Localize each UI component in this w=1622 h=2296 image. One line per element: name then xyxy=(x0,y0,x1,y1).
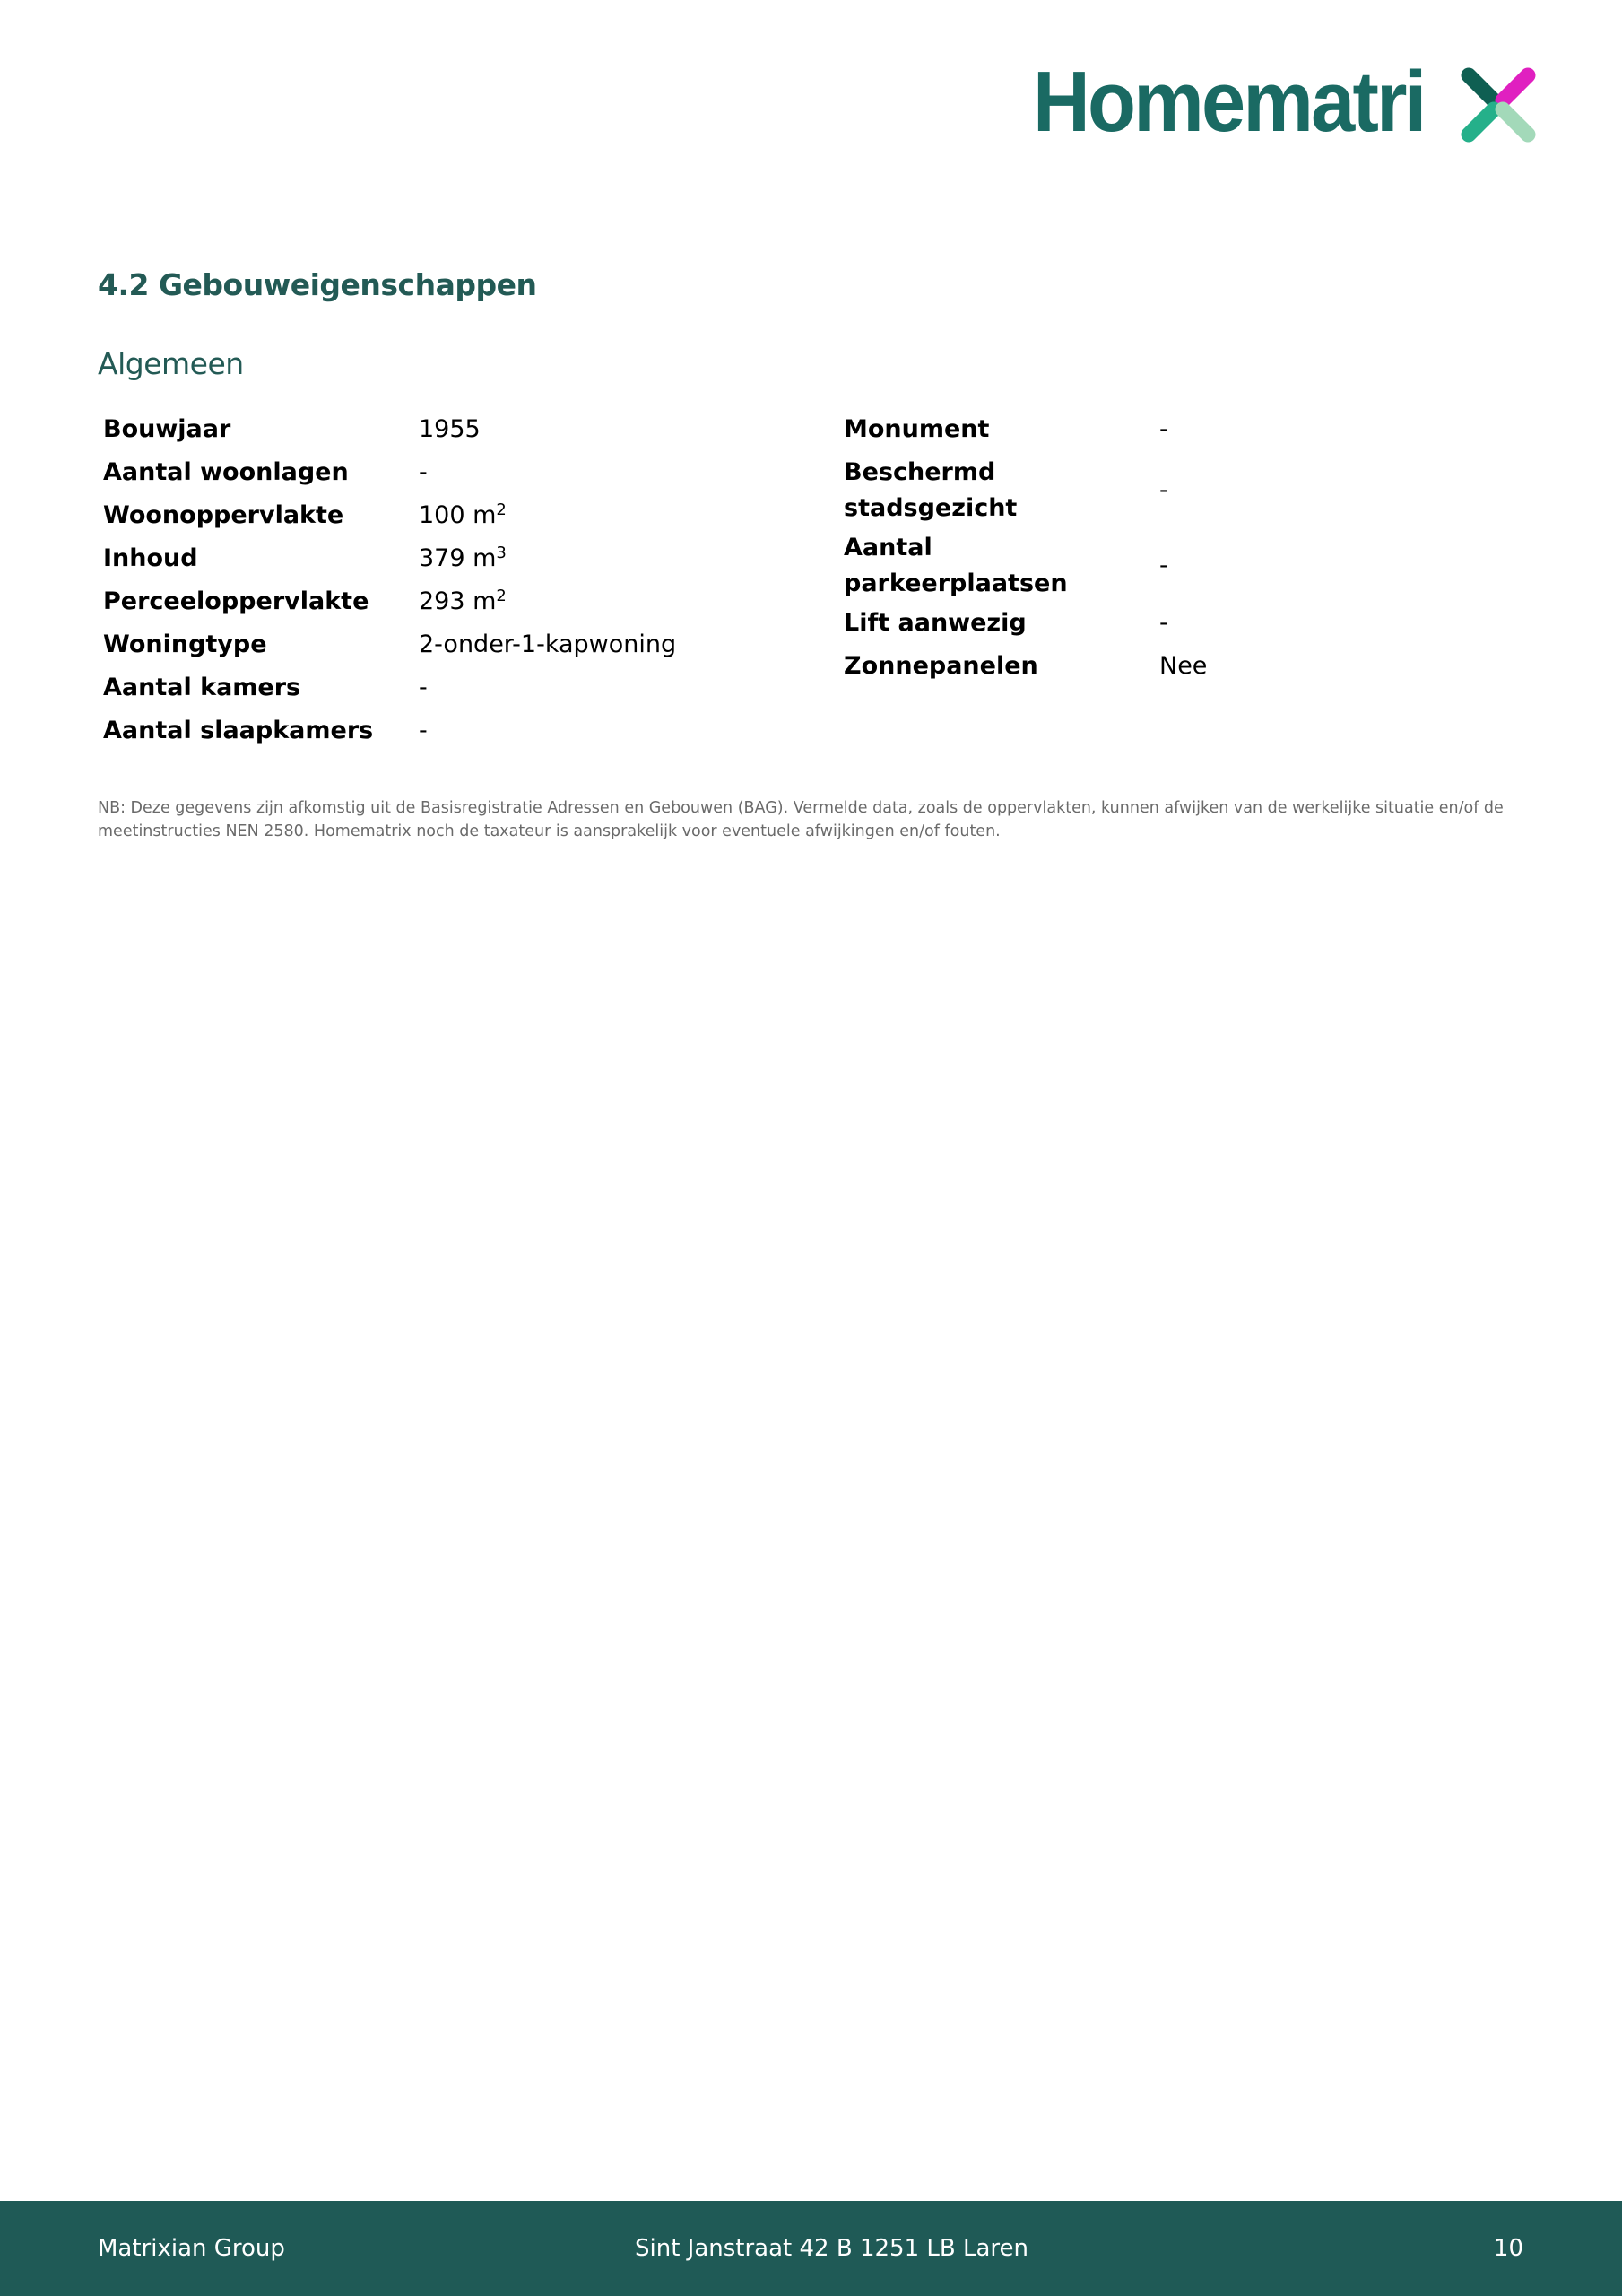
property-label: Aantal slaapkamers xyxy=(98,709,413,752)
x-logo-icon xyxy=(1458,65,1539,145)
property-label: Lift aanwezig xyxy=(838,602,1154,645)
unit-exponent: 3 xyxy=(496,544,506,562)
property-value: 379 m3 xyxy=(413,537,801,580)
table-row: Inhoud 379 m3 xyxy=(98,537,801,580)
disclaimer-note: NB: Deze gegevens zijn afkomstig uit de … xyxy=(98,796,1532,843)
property-label: Zonnepanelen xyxy=(838,645,1154,688)
page-footer: Matrixian Group Sint Janstraat 42 B 1251… xyxy=(0,2201,1622,2296)
property-label: Perceeloppervlakte xyxy=(98,580,413,623)
table-row: Lift aanwezig - xyxy=(838,602,1434,645)
property-value: 293 m2 xyxy=(413,580,801,623)
value-text: 293 m xyxy=(419,587,496,615)
table-row: Woningtype 2-onder-1-kapwoning xyxy=(98,623,801,666)
table-row: Aantal slaapkamers - xyxy=(98,709,801,752)
table-row: Aantal kamers - xyxy=(98,666,801,709)
property-value: - xyxy=(1154,408,1434,451)
table-row: Aantal woonlagen - xyxy=(98,451,801,494)
building-properties-right: Monument - Beschermd stadsgezicht - Aant… xyxy=(838,408,1434,688)
property-value: - xyxy=(1154,451,1434,530)
value-text: 379 m xyxy=(419,544,496,572)
property-label: Woningtype xyxy=(98,623,413,666)
property-value: - xyxy=(413,451,801,494)
unit-exponent: 2 xyxy=(496,587,506,605)
property-label: Monument xyxy=(838,408,1154,451)
property-value: - xyxy=(413,709,801,752)
property-value: - xyxy=(413,666,801,709)
property-value: Nee xyxy=(1154,645,1434,688)
value-text: 100 m xyxy=(419,501,496,529)
property-label: Aantal woonlagen xyxy=(98,451,413,494)
homematrix-logo: Homematri xyxy=(1033,59,1458,153)
property-label: Inhoud xyxy=(98,537,413,580)
section-title: 4.2 Gebouweigenschappen xyxy=(98,267,536,302)
subsection-title: Algemeen xyxy=(98,346,244,381)
table-row: Woonoppervlakte 100 m2 xyxy=(98,494,801,537)
table-row: Aantal parkeerplaatsen - xyxy=(838,530,1434,602)
page-number: 10 xyxy=(1494,2235,1523,2262)
property-label: Beschermd stadsgezicht xyxy=(838,451,1154,530)
footer-company: Matrixian Group xyxy=(98,2235,285,2262)
table-row: Bouwjaar 1955 xyxy=(98,408,801,451)
property-value: 2-onder-1-kapwoning xyxy=(413,623,801,666)
unit-exponent: 2 xyxy=(496,500,506,519)
table-row: Beschermd stadsgezicht - xyxy=(838,451,1434,530)
footer-address: Sint Janstraat 42 B 1251 LB Laren xyxy=(635,2235,1028,2262)
table-row: Monument - xyxy=(838,408,1434,451)
building-properties-left: Bouwjaar 1955 Aantal woonlagen - Woonopp… xyxy=(98,408,801,752)
table-row: Zonnepanelen Nee xyxy=(838,645,1434,688)
property-value: 100 m2 xyxy=(413,494,801,537)
property-label: Aantal kamers xyxy=(98,666,413,709)
property-label: Bouwjaar xyxy=(98,408,413,451)
property-value: 1955 xyxy=(413,408,801,451)
logo-wordmark: Homematri xyxy=(1033,59,1425,145)
property-value: - xyxy=(1154,530,1434,602)
table-row: Perceeloppervlakte 293 m2 xyxy=(98,580,801,623)
property-label: Aantal parkeerplaatsen xyxy=(838,530,1154,602)
property-label: Woonoppervlakte xyxy=(98,494,413,537)
property-value: - xyxy=(1154,602,1434,645)
